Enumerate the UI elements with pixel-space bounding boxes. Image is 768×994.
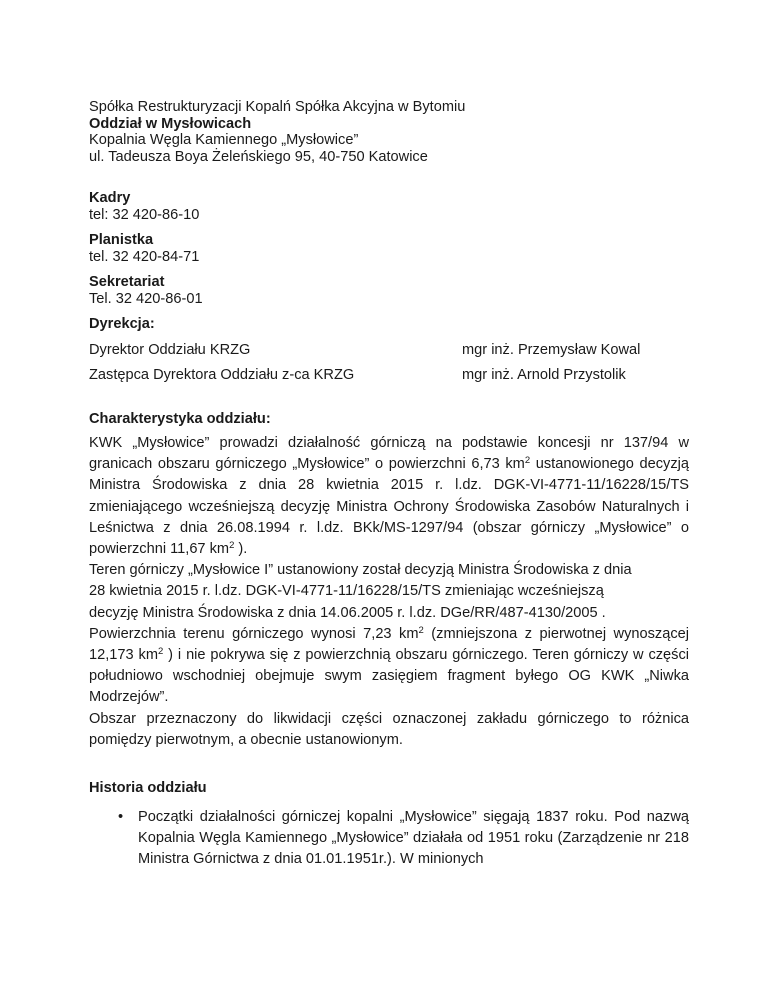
history-title: Historia oddziału xyxy=(89,780,689,797)
deputy-role: Zastępca Dyrektora Oddziału z-ca KRZG xyxy=(89,367,462,384)
contact-phone: Tel. 32 420-86-01 xyxy=(89,291,689,308)
list-item: Początki działalności górniczej kopalni … xyxy=(138,807,689,871)
mine-name: Kopalnia Węgla Kamiennego „Mysłowice” xyxy=(89,132,689,149)
bullet-icon: • xyxy=(118,807,123,828)
header-block: Spółka Restrukturyzacji Kopalń Spółka Ak… xyxy=(89,99,689,165)
contact-planistka: Planistka tel. 32 420-84-71 xyxy=(89,232,689,265)
contact-phone: tel. 32 420-84-71 xyxy=(89,249,689,266)
contact-sekretariat: Sekretariat Tel. 32 420-86-01 xyxy=(89,274,689,307)
history-section: Historia oddziału • Początki działalnośc… xyxy=(89,780,689,870)
directorate-row: Dyrektor Oddziału KRZG mgr inż. Przemysł… xyxy=(89,342,689,359)
contact-title: Planistka xyxy=(89,232,689,249)
characteristics-section: Charakterystyka oddziału: KWK „Mysłowice… xyxy=(89,411,689,752)
company-name: Spółka Restrukturyzacji Kopalń Spółka Ak… xyxy=(89,99,689,116)
contact-phone: tel: 32 420-86-10 xyxy=(89,207,689,224)
characteristics-title: Charakterystyka oddziału: xyxy=(89,411,689,428)
directorate-row: Zastępca Dyrektora Oddziału z-ca KRZG mg… xyxy=(89,367,689,384)
branch-name: Oddział w Mysłowicach xyxy=(89,116,689,133)
characteristics-paragraph-1: KWK „Mysłowice” prowadzi działalność gór… xyxy=(89,433,689,560)
characteristics-paragraph-2: Teren górniczy „Mysłowice I” ustanowiony… xyxy=(89,560,689,624)
contact-title: Sekretariat xyxy=(89,274,689,291)
characteristics-paragraph-3: Powierzchnia terenu górniczego wynosi 7,… xyxy=(89,624,689,709)
history-list: • Początki działalności górniczej kopaln… xyxy=(89,807,689,871)
directorate-title: Dyrekcja: xyxy=(89,316,689,333)
address: ul. Tadeusza Boya Żeleńskiego 95, 40-750… xyxy=(89,149,689,166)
directorate-section: Dyrekcja: Dyrektor Oddziału KRZG mgr inż… xyxy=(89,316,689,384)
document-page: Spółka Restrukturyzacji Kopalń Spółka Ak… xyxy=(89,99,689,870)
deputy-name: mgr inż. Arnold Przystolik xyxy=(462,367,626,384)
director-name: mgr inż. Przemysław Kowal xyxy=(462,342,640,359)
director-role: Dyrektor Oddziału KRZG xyxy=(89,342,462,359)
contact-kadry: Kadry tel: 32 420-86-10 xyxy=(89,190,689,223)
contact-title: Kadry xyxy=(89,190,689,207)
characteristics-paragraph-4: Obszar przeznaczony do likwidacji części… xyxy=(89,709,689,751)
